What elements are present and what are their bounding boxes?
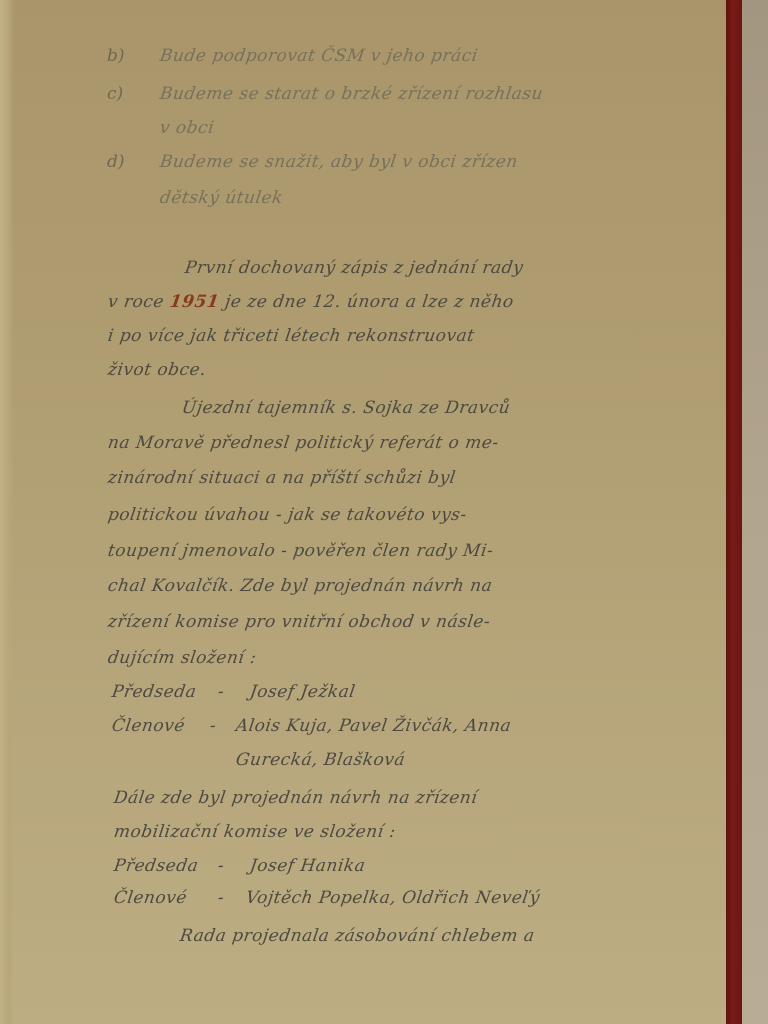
paragraph-2-line-5: toupení jmenovalo - pověřen člen rady Mi… [107, 541, 495, 561]
list-item-c-line-1: Budeme se starat o brzké zřízení rozhlas… [159, 84, 545, 104]
paragraph-2-line-1: Újezdní tajemník s. Sojka ze Dravců [181, 398, 512, 418]
commission-1-chair-label: Předseda [111, 682, 198, 702]
list-marker-c: c) [107, 84, 123, 104]
paragraph-1-line-4: život obce. [107, 360, 208, 380]
commission-1-chair-dash: - [217, 682, 226, 702]
paragraph-1-line-2: v roce 1951 je ze dne 12. února a lze z … [107, 292, 516, 312]
highlighted-year: 1951 [168, 292, 220, 312]
list-item-d-line-1: Budeme se snažit, aby byl v obci zřízen [159, 152, 520, 172]
background-beyond-page [742, 0, 768, 1024]
paragraph-2-line-6: chal Kovalčík. Zde byl projednán návrh n… [107, 576, 494, 596]
commission-1-members-label: Členové [111, 716, 187, 736]
commission-2-members-label: Členové [113, 888, 189, 908]
page-left-edge [0, 0, 14, 1024]
chronicle-page: b) Bude podporovat ČSM v jeho práci c) B… [0, 0, 726, 1024]
paragraph-2-line-3: zinárodní situaci a na příští schůzi byl [107, 468, 457, 488]
list-item-b-line-1: Bude podporovat ČSM v jeho práci [159, 46, 480, 66]
commission-2-members-dash: - [217, 888, 226, 908]
list-marker-d: d) [107, 152, 125, 172]
commission-2-chair-dash: - [217, 856, 226, 876]
commission-2-chair-label: Předseda [113, 856, 200, 876]
commission-1-chair-name: Josef Ježkal [249, 682, 357, 702]
paragraph-1-line-3: i po více jak třiceti létech rekonstruov… [107, 326, 476, 346]
red-binding-spine [726, 0, 742, 1024]
list-item-c-line-2: v obci [159, 118, 216, 138]
paragraph-4-line-1: Rada projednala zásobování chlebem a [179, 926, 536, 946]
paragraph-3-line-2: mobilizační komise ve složení : [113, 822, 398, 842]
paragraph-2-line-4: politickou úvahou - jak se takovéto vys- [107, 505, 468, 525]
commission-2-members-line-1: Vojtěch Popelka, Oldřich Neveľý [245, 888, 542, 908]
commission-1-members-line-1: Alois Kuja, Pavel Živčák, Anna [235, 716, 513, 736]
paragraph-1-line-1: První dochovaný zápis z jednání rady [184, 258, 525, 278]
commission-1-members-dash: - [209, 716, 218, 736]
paragraph-3-line-1: Dále zde byl projednán návrh na zřízení [113, 788, 479, 808]
commission-2-chair-name: Josef Hanika [249, 856, 367, 876]
paragraph-2-line-2: na Moravě přednesl politický referát o m… [107, 433, 500, 453]
paragraph-1-line-2-post: je ze dne 12. února a lze z něho [224, 292, 515, 312]
list-marker-b: b) [107, 46, 125, 66]
paragraph-1-line-2-pre: v roce [107, 292, 166, 312]
document-photo: b) Bude podporovat ČSM v jeho práci c) B… [0, 0, 768, 1024]
list-item-d-line-2: dětský útulek [159, 188, 285, 208]
paragraph-2-line-7: zřízení komise pro vnitřní obchod v násl… [107, 612, 492, 632]
commission-1-members-line-2: Gurecká, Blašková [235, 750, 407, 770]
paragraph-2-line-8: dujícím složení : [107, 648, 258, 668]
